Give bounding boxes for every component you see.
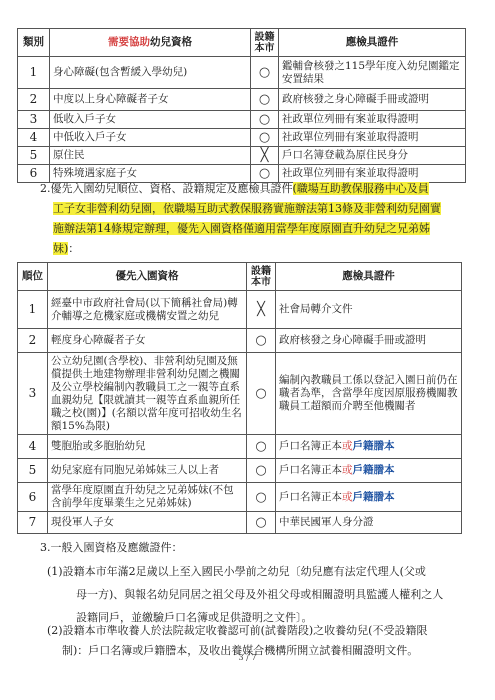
row-number: 2 (18, 329, 48, 353)
row-number: 4 (18, 129, 50, 147)
cross-icon: ╳ (247, 291, 276, 329)
row-number: 1 (18, 291, 48, 329)
header-residency: 設籍本市 (247, 263, 276, 291)
row-documents: 戶口名簿登載為原住民身分 (279, 147, 466, 165)
table-header-row: 類別 需要協助幼兒資格 設籍本市 應檢具證件 (18, 29, 466, 57)
row-documents: 社會局轉介文件 (276, 291, 462, 329)
row-documents: 戶口名簿正本或戶籍謄本 (276, 483, 462, 512)
special-needs-table: 類別 需要協助幼兒資格 設籍本市 應檢具證件 1 身心障礙(包含暫緩入學幼兒) … (17, 28, 466, 183)
row-qualification: 現役軍人子女 (48, 512, 247, 534)
circle-icon: ○ (247, 483, 276, 512)
circle-icon: ○ (251, 89, 279, 111)
row-documents: 戶口名簿正本或戶籍謄本 (276, 435, 462, 459)
page-number: 3 / 7 (0, 653, 495, 662)
highlighted-text: 工子女非營利幼兒園，依職場互助式教保服務實施辦法第13條及非營利幼兒園實 (53, 202, 441, 215)
circle-icon: ○ (247, 512, 276, 534)
row-qualification: 幼兒家庭有同胞兄弟姊妹三人以上者 (48, 459, 247, 483)
circle-icon: ○ (251, 111, 279, 129)
row-qualification: 公立幼兒園(含學校)、非營利幼兒園及無償提供土地建物辦理非營利幼兒園之機關及公立… (48, 353, 247, 435)
highlighted-text: 妹) (53, 242, 68, 255)
row-documents: 中華民國軍人身分證 (276, 512, 462, 534)
row-documents: 編制內教職員工係以登記入園日前仍在職者為準，含當學年度因原服務機關教職員工超額而… (276, 353, 462, 435)
row-number: 4 (18, 435, 48, 459)
header-qualification-highlight: 需要協助 (108, 36, 150, 48)
row-number: 6 (18, 483, 48, 512)
header-qualification: 優先入園資格 (48, 263, 247, 291)
table-row: 4 中低收入戶子女 ○ 社政單位列冊有案並取得證明 (18, 129, 466, 147)
table-header-row: 順位 優先入園資格 設籍本市 應檢具證件 (18, 263, 462, 291)
highlighted-text: 施辦法第14條規定辦理，優先入園資格僅適用當學年度原園直升幼兒之兄弟姊 (53, 222, 430, 235)
row-qualification: 雙胞胎或多胞胎幼兒 (48, 435, 247, 459)
section3-item1-line2: 母一方)、與報名幼兒同居之祖父母及外祖父母或相關證明具監護人權利之人 (76, 584, 443, 606)
header-category: 類別 (18, 29, 50, 57)
row-qualification: 中度以上身心障礙者子女 (50, 89, 251, 111)
table-row: 2 輕度身心障礙者子女 ○ 政府核發之身心障礙手冊或證明 (18, 329, 462, 353)
section3-item1-line1: (1)設籍本市年滿2足歲以上至入國民小學前之幼兒〔幼兒應有法定代理人(父或 (47, 561, 426, 583)
row-number: 7 (18, 512, 48, 534)
table-row: 1 經臺中市政府社會局(以下簡稱社會局)轉介輔導之危機家庭或機構安置之幼兒 ╳ … (18, 291, 462, 329)
circle-icon: ○ (251, 57, 279, 89)
row-number: 5 (18, 459, 48, 483)
section2-line4: 妹)： (53, 238, 79, 260)
priority-admission-table: 順位 優先入園資格 設籍本市 應檢具證件 1 經臺中市政府社會局(以下簡稱社會局… (17, 262, 462, 534)
row-documents: 社政單位列冊有案並取得證明 (279, 111, 466, 129)
table-row: 4 雙胞胎或多胞胎幼兒 ○ 戶口名簿正本或戶籍謄本 (18, 435, 462, 459)
row-documents: 政府核發之身心障礙手冊或證明 (279, 89, 466, 111)
section3-item2-line1: (2)設籍本市準收養人於法院裁定收養認可前(試養階段)之收養幼兒(不受設籍限 (47, 620, 427, 642)
row-qualification: 經臺中市政府社會局(以下簡稱社會局)轉介輔導之危機家庭或機構安置之幼兒 (48, 291, 247, 329)
row-documents: 戶口名簿正本或戶籍謄本 (276, 459, 462, 483)
table-row: 2 中度以上身心障礙者子女 ○ 政府核發之身心障礙手冊或證明 (18, 89, 466, 111)
row-qualification: 低收入戶子女 (50, 111, 251, 129)
row-number: 3 (18, 353, 48, 435)
table-row: 6 當學年度原園直升幼兒之兄弟姊妹(不包含前學年度畢業生之兄弟姊妹) ○ 戶口名… (18, 483, 462, 512)
row-documents: 社政單位列冊有案並取得證明 (279, 129, 466, 147)
row-number: 1 (18, 57, 50, 89)
header-documents: 應檢具證件 (279, 29, 466, 57)
row-number: 3 (18, 111, 50, 129)
row-qualification: 原住民 (50, 147, 251, 165)
section2-line3: 施辦法第14條規定辦理，優先入園資格僅適用當學年度原園直升幼兒之兄弟姊 (53, 218, 430, 240)
table-row: 7 現役軍人子女 ○ 中華民國軍人身分證 (18, 512, 462, 534)
section2-heading: 2.優先入園幼兒順位、資格、設籍規定及應檢具證件(職場互助教保服務中心及員 (40, 178, 429, 200)
section2-line2: 工子女非營利幼兒園，依職場互助式教保服務實施辦法第13條及非營利幼兒園實 (53, 198, 441, 220)
header-rank: 順位 (18, 263, 48, 291)
table-row: 1 身心障礙(包含暫緩入學幼兒) ○ 鑑輔會核發之115學年度入幼兒園鑑定安置結… (18, 57, 466, 89)
row-qualification: 當學年度原園直升幼兒之兄弟姊妹(不包含前學年度畢業生之兄弟姊妹) (48, 483, 247, 512)
row-documents: 鑑輔會核發之115學年度入幼兒園鑑定安置結果 (279, 57, 466, 89)
row-qualification: 輕度身心障礙者子女 (48, 329, 247, 353)
header-documents: 應檢具證件 (276, 263, 462, 291)
row-number: 5 (18, 147, 50, 165)
row-qualification: 身心障礙(包含暫緩入學幼兒) (50, 57, 251, 89)
section3-title: 3.一般入園資格及應繳證件： (40, 537, 183, 559)
circle-icon: ○ (247, 459, 276, 483)
circle-icon: ○ (251, 129, 279, 147)
circle-icon: ○ (247, 435, 276, 459)
row-documents: 政府核發之身心障礙手冊或證明 (276, 329, 462, 353)
cross-icon: ╳ (251, 147, 279, 165)
circle-icon: ○ (247, 329, 276, 353)
table-row: 5 幼兒家庭有同胞兄弟姊妹三人以上者 ○ 戶口名簿正本或戶籍謄本 (18, 459, 462, 483)
header-qualification: 需要協助幼兒資格 (50, 29, 251, 57)
highlighted-text: (職場互助教保服務中心及員 (293, 182, 429, 195)
circle-icon: ○ (247, 353, 276, 435)
header-residency: 設籍本市 (251, 29, 279, 57)
row-number: 2 (18, 89, 50, 111)
table-row: 3 公立幼兒園(含學校)、非營利幼兒園及無償提供土地建物辦理非營利幼兒園之機關及… (18, 353, 462, 435)
table-row: 5 原住民 ╳ 戶口名簿登載為原住民身分 (18, 147, 466, 165)
table-row: 3 低收入戶子女 ○ 社政單位列冊有案並取得證明 (18, 111, 466, 129)
row-qualification: 中低收入戶子女 (50, 129, 251, 147)
